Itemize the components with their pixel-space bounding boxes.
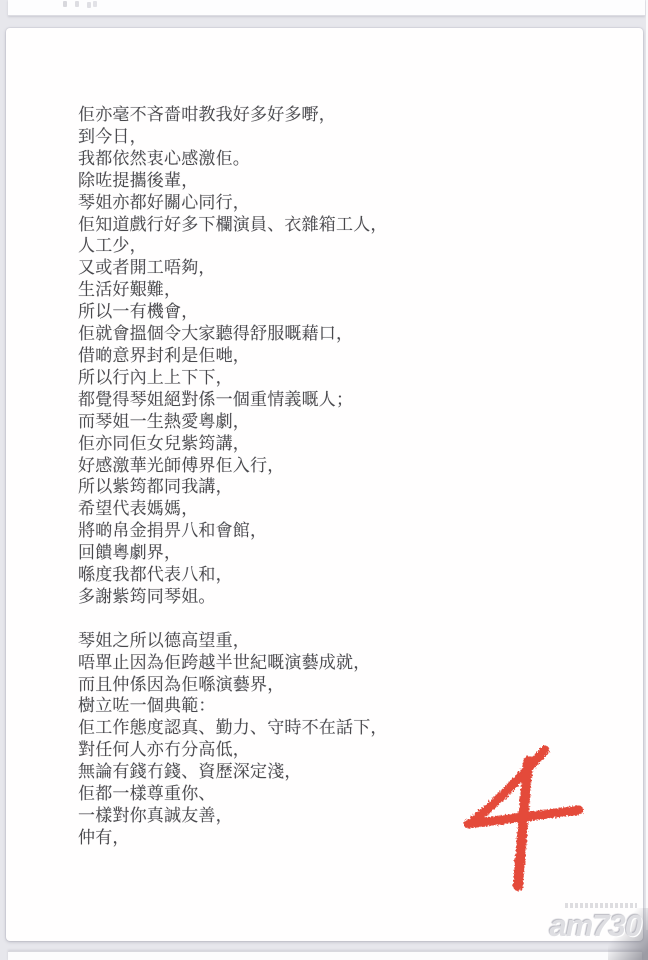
next-page-edge — [8, 951, 642, 960]
text-line: 琴姐亦都好關心同行， — [78, 192, 618, 214]
text-line: 琴姐之所以德高望重， — [78, 630, 618, 652]
text-line: 借啲意界封利是佢哋， — [78, 345, 618, 367]
watermark-slogan-texture — [565, 903, 637, 908]
paragraph: 佢亦毫不吝嗇咁教我好多好多嘢， 到今日， 我都依然衷心感激佢。 除咗提攜後輩， … — [78, 104, 618, 608]
text-line: 希望代表媽媽， — [78, 498, 618, 520]
text-line: 佢就會搵個令大家聽得舒服嘅藉口， — [78, 323, 618, 345]
text-line: 佢知道戲行好多下欄演員、衣雜箱工人， — [78, 214, 618, 236]
text-line: 生活好艱難， — [78, 279, 618, 301]
cropped-text-remnant — [63, 1, 67, 7]
text-line: 而琴姐一生熱愛粵劇， — [78, 411, 618, 433]
photographed-document: { "document": { "paragraphs": [ { "lines… — [0, 0, 648, 960]
text-line: 所以紫筠都同我講， — [78, 476, 618, 498]
text-line: 除咗提攜後輩， — [78, 170, 618, 192]
handwritten-4-strokes — [452, 733, 602, 903]
text-line: 到今日， — [78, 126, 618, 148]
text-line: 回饋粵劇界， — [78, 542, 618, 564]
text-line: 喺度我都代表八和， — [78, 564, 618, 586]
text-line: 佢亦同佢女兒紫筠講， — [78, 433, 618, 455]
previous-page-edge — [8, 0, 645, 16]
text-line: 所以一有機會， — [78, 301, 618, 323]
text-line: 多謝紫筠同琴姐。 — [78, 586, 618, 608]
text-line: 所以行內上上下下， — [78, 367, 618, 389]
text-line: 佢亦毫不吝嗇咁教我好多好多嘢， — [78, 104, 618, 126]
text-line: 樹立咗一個典範： — [78, 695, 618, 717]
text-line: 唔單止因為佢跨越半世紀嘅演藝成就， — [78, 652, 618, 674]
text-line: 而且仲係因為佢喺演藝界， — [78, 674, 618, 696]
text-line: 好感激華光師傅界佢入行， — [78, 455, 618, 477]
handwritten-page-number: 4 — [452, 733, 602, 903]
am730-logo: am730 — [549, 910, 641, 941]
am730-watermark: am730 — [549, 903, 641, 941]
text-line: 人工少， — [78, 235, 618, 257]
text-line: 都覺得琴姐絕對係一個重情義嘅人； — [78, 389, 618, 411]
text-line: 將啲帛金捐畀八和會館， — [78, 520, 618, 542]
text-line: 又或者開工唔夠， — [78, 257, 618, 279]
text-line: 我都依然衷心感激佢。 — [78, 148, 618, 170]
